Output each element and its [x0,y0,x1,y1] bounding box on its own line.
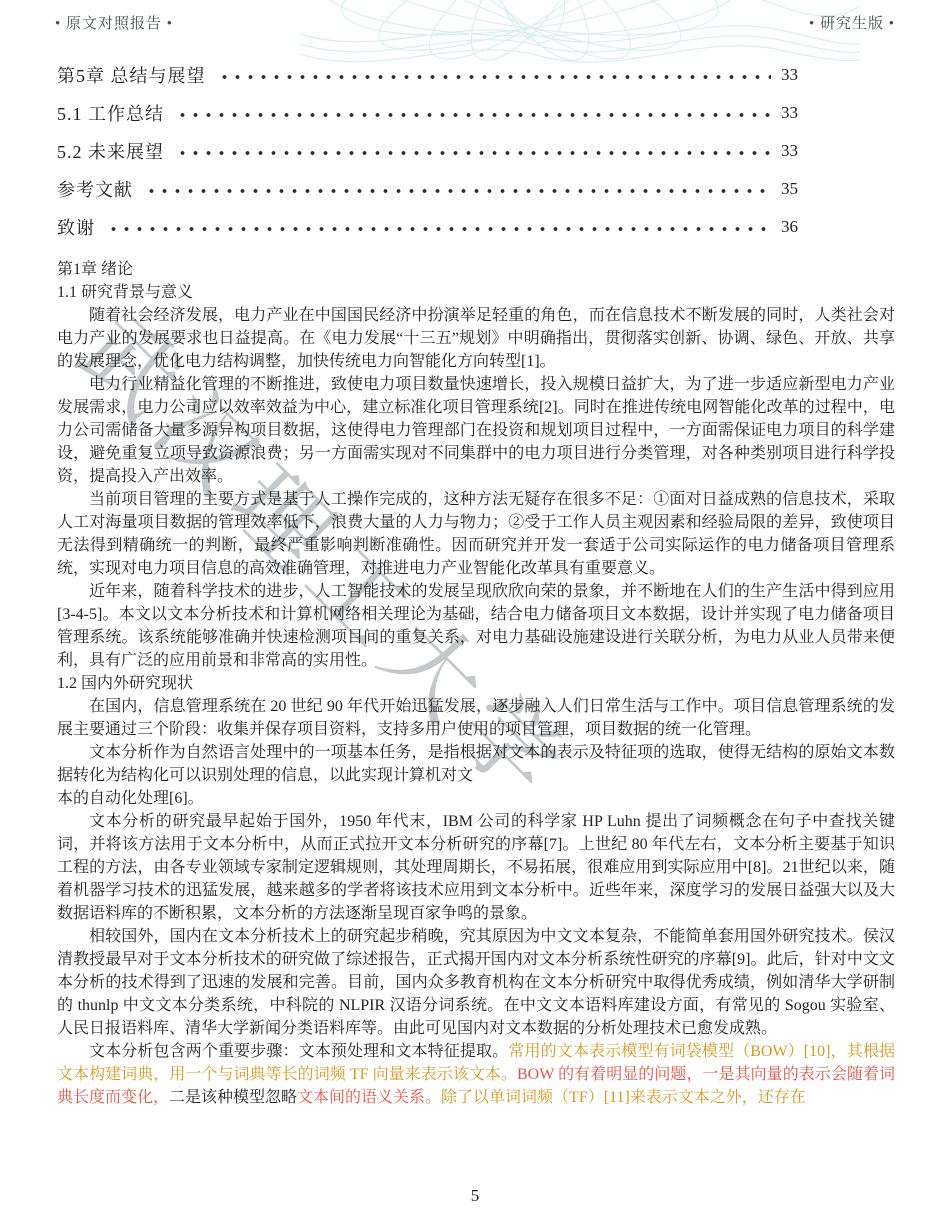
toc-entry-page: 35 [781,179,815,199]
toc: 第5章 总结与展望 33 5.1 工作总结 33 5.2 未来展望 33 参考文… [57,56,815,246]
toc-dot-leader [176,149,771,157]
paragraph: 第1章 绪论 [57,258,895,281]
paragraph: 1.1 研究背景与意义 [57,281,895,304]
toc-entry-label: 5.1 工作总结 [57,100,164,126]
paragraph: 近年来，随着科学技术的进步，人工智能技术的发展呈现欣欣向荣的景象，并不断地在人们… [57,580,895,672]
toc-entry: 5.1 工作总结 33 [57,94,815,132]
text-segment: 文本间的语义关系。 [297,1089,441,1106]
paragraph: 本的自动化处理[6]。 [57,787,895,810]
paragraph: 电力行业精益化管理的不断推进，致使电力项目数量快速增长，投入规模日益扩大，为了进… [57,373,895,488]
text-segment: 电力行业精益化管理的不断推进，致使电力项目数量快速增长，投入规模日益扩大，为了进… [57,376,895,485]
text-segment: 1.1 研究背景与意义 [57,284,193,301]
text-segment: 随着社会经济发展，电力产业在中国国民经济中扮演举足轻重的角色，而在信息技术不断发… [57,307,895,370]
text-segment: 1.2 国内外研究现状 [57,675,193,692]
toc-entry-page: 33 [781,65,815,85]
page-number: 5 [471,1186,480,1205]
paragraph: 文本分析的研究最早起始于国外，1950 年代末，IBM 公司的科学家 HP Lu… [57,810,895,925]
paragraph: 随着社会经济发展，电力产业在中国国民经济中扮演举足轻重的角色，而在信息技术不断发… [57,304,895,373]
text-segment: 近年来，随着科学技术的进步，人工智能技术的发展呈现欣欣向荣的景象，并不断地在人们… [57,583,895,669]
text-segment: 第1章 绪论 [57,261,133,278]
text-segment: 在国内，信息管理系统在 20 世纪 90 年代开始迅猛发展，逐步融入人们日常生活… [57,698,895,738]
body-text: 第1章 绪论 1.1 研究背景与意义 随着社会经济发展，电力产业在中国国民经济中… [57,258,895,1109]
toc-dot-leader [107,225,771,233]
paragraph: 在国内，信息管理系统在 20 世纪 90 年代开始迅猛发展，逐步融入人们日常生活… [57,695,895,741]
text-segment: 文本分析作为自然语言处理中的一项基本任务，是指根据对文本的表示及特征项的选取，使… [57,744,895,784]
toc-entry: 5.2 未来展望 33 [57,132,815,170]
toc-entry: 致谢 36 [57,208,815,246]
toc-entry-label: 5.2 未来展望 [57,138,164,164]
text-segment: 本的自动化处理[6]。 [57,790,204,807]
toc-dot-leader [218,73,772,81]
toc-entry-label: 致谢 [57,214,95,240]
paragraph: 文本分析作为自然语言处理中的一项基本任务，是指根据对文本的表示及特征项的选取，使… [57,741,895,787]
paragraph: 当前项目管理的主要方式是基于人工操作完成的，这种方法无疑存在很多不足：①面对日益… [57,488,895,580]
header-report-type: • 原文对照报告 • [55,12,173,33]
paragraph: 1.2 国内外研究现状 [57,672,895,695]
toc-entry-page: 33 [781,103,815,123]
text-segment: 相较国外，国内在文本分析技术上的研究起步稍晚，究其原因为中文文本复杂，不能简单套… [57,928,895,1037]
text-segment: 当前项目管理的主要方式是基于人工操作完成的，这种方法无疑存在很多不足：①面对日益… [57,491,895,577]
toc-entry-label: 参考文献 [57,176,133,202]
text-segment: 二是该种模型忽略 [169,1089,297,1106]
toc-entry-page: 36 [781,217,815,237]
text-segment: 文本分析包含两个重要步骤：文本预处理和文本特征提取。 [89,1043,508,1060]
toc-dot-leader [145,187,771,195]
text-segment: 文本分析的研究最早起始于国外，1950 年代末，IBM 公司的科学家 HP Lu… [57,813,895,922]
toc-entry: 参考文献 35 [57,170,815,208]
toc-entry: 第5章 总结与展望 33 [57,56,815,94]
toc-entry-page: 33 [781,141,815,161]
header-edition: • 研究生版 • [809,12,895,33]
page-header: • 原文对照报告 • • 研究生版 • [0,12,950,33]
text-segment: 除了以单词词频（TF）[11]来表示文本之外，还存在 [441,1089,806,1106]
toc-entry-label: 第5章 总结与展望 [57,62,206,88]
paragraph: 相较国外，国内在文本分析技术上的研究起步稍晚，究其原因为中文文本复杂，不能简单套… [57,925,895,1040]
paragraph: 文本分析包含两个重要步骤：文本预处理和文本特征提取。常用的文本表示模型有词袋模型… [57,1040,895,1109]
toc-dot-leader [176,111,771,119]
page-footer: 5 [0,1186,950,1206]
